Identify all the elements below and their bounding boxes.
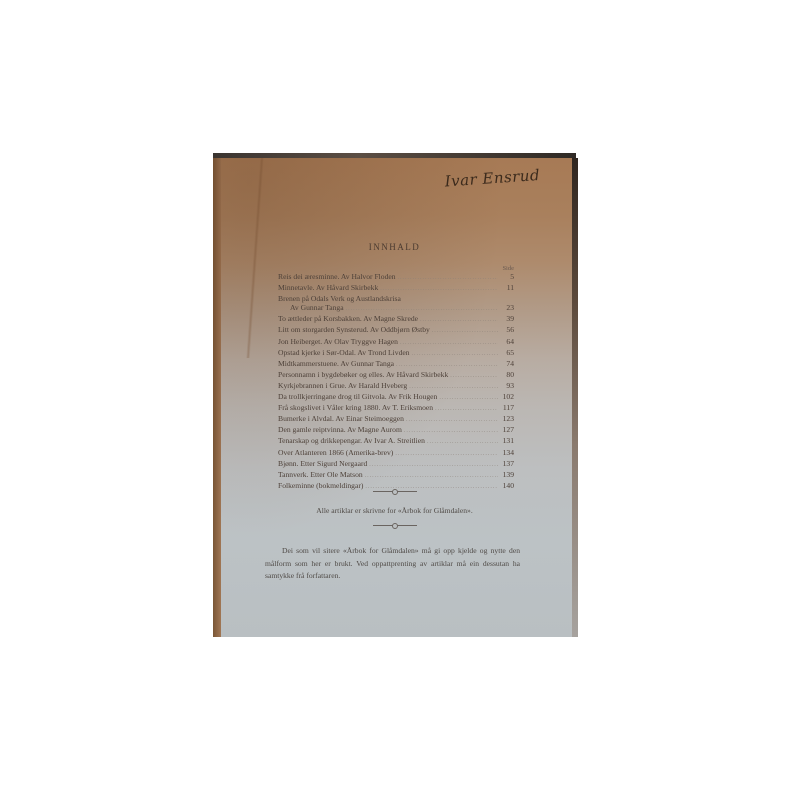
- dot-leader: [435, 405, 498, 414]
- dot-leader: [420, 316, 498, 325]
- toc-entry-page: 93: [500, 381, 514, 390]
- toc-entry-page: 5: [500, 272, 514, 281]
- toc-entry: Frå skogslivet i Våler kring 1880. Av T.…: [278, 403, 514, 414]
- toc-entry: Den gamle reiptvinna. Av Magne Aurom127: [278, 425, 514, 436]
- toc-entry: Jon Heiberget. Av Olav Tryggve Hagen64: [278, 337, 514, 348]
- dot-leader: [432, 327, 498, 336]
- ornament-divider-bottom: [373, 523, 417, 528]
- toc-entry: Tenarskap og drikkepengar. Av Ivar A. St…: [278, 436, 514, 447]
- toc-entry-page: 39: [500, 314, 514, 323]
- toc-entry-title: Tannverk. Etter Ole Matson: [278, 470, 363, 479]
- dot-leader: [406, 416, 498, 425]
- toc-entry-page: 134: [500, 448, 514, 457]
- toc-entry-title: Den gamle reiptvinna. Av Magne Aurom: [278, 425, 402, 434]
- dot-leader: [395, 450, 498, 459]
- table-of-contents: Side Reis dei æresminne. Av Halvor Flode…: [278, 265, 514, 492]
- toc-entry-page: 11: [500, 283, 514, 292]
- toc-entry-page: 74: [500, 359, 514, 368]
- toc-entry-page: 139: [500, 470, 514, 479]
- toc-entry: Midtkammerstuene. Av Gunnar Tanga74: [278, 359, 514, 370]
- toc-entry-title: Bumerke i Alvdal. Av Einar Steimoeggen: [278, 414, 404, 423]
- toc-entry: Opstad kjerke i Sør-Odal. Av Trond Livde…: [278, 348, 514, 359]
- toc-entry-title: Tenarskap og drikkepengar. Av Ivar A. St…: [278, 436, 425, 445]
- toc-entry-page: 102: [500, 392, 514, 401]
- toc-entry-page: 117: [500, 403, 514, 412]
- dot-leader: [400, 339, 498, 348]
- dot-leader: [427, 438, 498, 447]
- dot-leader: [346, 305, 498, 314]
- toc-entry: Brenen på Odals Verk og Austlandskrisa: [278, 294, 514, 303]
- toc-entry-page: 65: [500, 348, 514, 357]
- toc-entry-page: 127: [500, 425, 514, 434]
- toc-entry-title: Midtkammerstuene. Av Gunnar Tanga: [278, 359, 394, 368]
- dot-leader: [398, 274, 498, 283]
- toc-entry: Tannverk. Etter Ole Matson139: [278, 470, 514, 481]
- toc-entry-page: 80: [500, 370, 514, 379]
- dot-leader: [396, 361, 498, 370]
- toc-entry-title: Brenen på Odals Verk og Austlandskrisa: [278, 294, 401, 303]
- page-fold-shadow: [246, 158, 264, 358]
- toc-entry-title: Bjønn. Etter Sigurd Nergaard: [278, 459, 367, 468]
- toc-entry-title: Litt om storgarden Synsterud. Av Oddbjør…: [278, 325, 430, 334]
- dot-leader: [450, 372, 498, 381]
- toc-entry-title: Frå skogslivet i Våler kring 1880. Av T.…: [278, 403, 433, 412]
- toc-entry-page: 56: [500, 325, 514, 334]
- toc-entry-title: Personnamn i bygdebøker og elles. Av Håv…: [278, 370, 448, 379]
- toc-entry: Litt om storgarden Synsterud. Av Oddbjør…: [278, 325, 514, 336]
- toc-entry-page: 140: [500, 481, 514, 490]
- toc-entry: Av Gunnar Tanga23: [278, 303, 514, 314]
- toc-entry-title: Folkeminne (bokmeldingar): [278, 481, 363, 490]
- toc-entry-page: 123: [500, 414, 514, 423]
- ornament-divider-top: [373, 489, 417, 494]
- toc-entry-title: Da trollkjerringane drog til Gitvola. Av…: [278, 392, 437, 401]
- dot-leader: [365, 472, 498, 481]
- dot-leader: [439, 394, 498, 403]
- toc-entry-page: 64: [500, 337, 514, 346]
- toc-entry: Bumerke i Alvdal. Av Einar Steimoeggen12…: [278, 414, 514, 425]
- toc-entry: Minnetavle. Av Håvard Skirbekk11: [278, 283, 514, 294]
- dot-leader: [404, 427, 498, 436]
- toc-entry: Personnamn i bygdebøker og elles. Av Håv…: [278, 370, 514, 381]
- page-column-label: Side: [278, 265, 514, 272]
- toc-entry-title: Opstad kjerke i Sør-Odal. Av Trond Livde…: [278, 348, 410, 357]
- toc-entry-page: 137: [500, 459, 514, 468]
- toc-entry: To ættleder på Korsbakken. Av Magne Skre…: [278, 314, 514, 325]
- dot-leader: [412, 350, 498, 359]
- toc-entry-title: Over Atlanteren 1866 (Amerika-brev): [278, 448, 393, 457]
- citation-paragraph: Dei som vil sitere «Årbok for Glåmdalen»…: [265, 545, 520, 583]
- dot-leader: [380, 285, 498, 294]
- toc-entry: Reis dei æresminne. Av Halvor Floden5: [278, 272, 514, 283]
- dot-leader: [369, 461, 498, 470]
- toc-entry-title: Kyrkjebrannen i Grue. Av Harald Hveberg: [278, 381, 407, 390]
- toc-entry-page: 23: [500, 303, 514, 312]
- toc-entry: Bjønn. Etter Sigurd Nergaard137: [278, 459, 514, 470]
- toc-entry: Kyrkjebrannen i Grue. Av Harald Hveberg9…: [278, 381, 514, 392]
- toc-entry-title: Jon Heiberget. Av Olav Tryggve Hagen: [278, 337, 398, 346]
- dot-leader: [409, 383, 498, 392]
- articles-note: Alle artiklar er skrivne for «Årbok for …: [213, 506, 576, 515]
- contents-heading: INNHALD: [213, 242, 576, 252]
- page-right-edge: [572, 158, 578, 637]
- toc-entry-page: 131: [500, 436, 514, 445]
- toc-entry: Over Atlanteren 1866 (Amerika-brev)134: [278, 448, 514, 459]
- toc-entry-title: Av Gunnar Tanga: [290, 303, 344, 312]
- toc-entry: Da trollkjerringane drog til Gitvola. Av…: [278, 392, 514, 403]
- toc-entry-title: Reis dei æresminne. Av Halvor Floden: [278, 272, 396, 281]
- toc-entry-title: Minnetavle. Av Håvard Skirbekk: [278, 283, 378, 292]
- toc-entry-title: To ættleder på Korsbakken. Av Magne Skre…: [278, 314, 418, 323]
